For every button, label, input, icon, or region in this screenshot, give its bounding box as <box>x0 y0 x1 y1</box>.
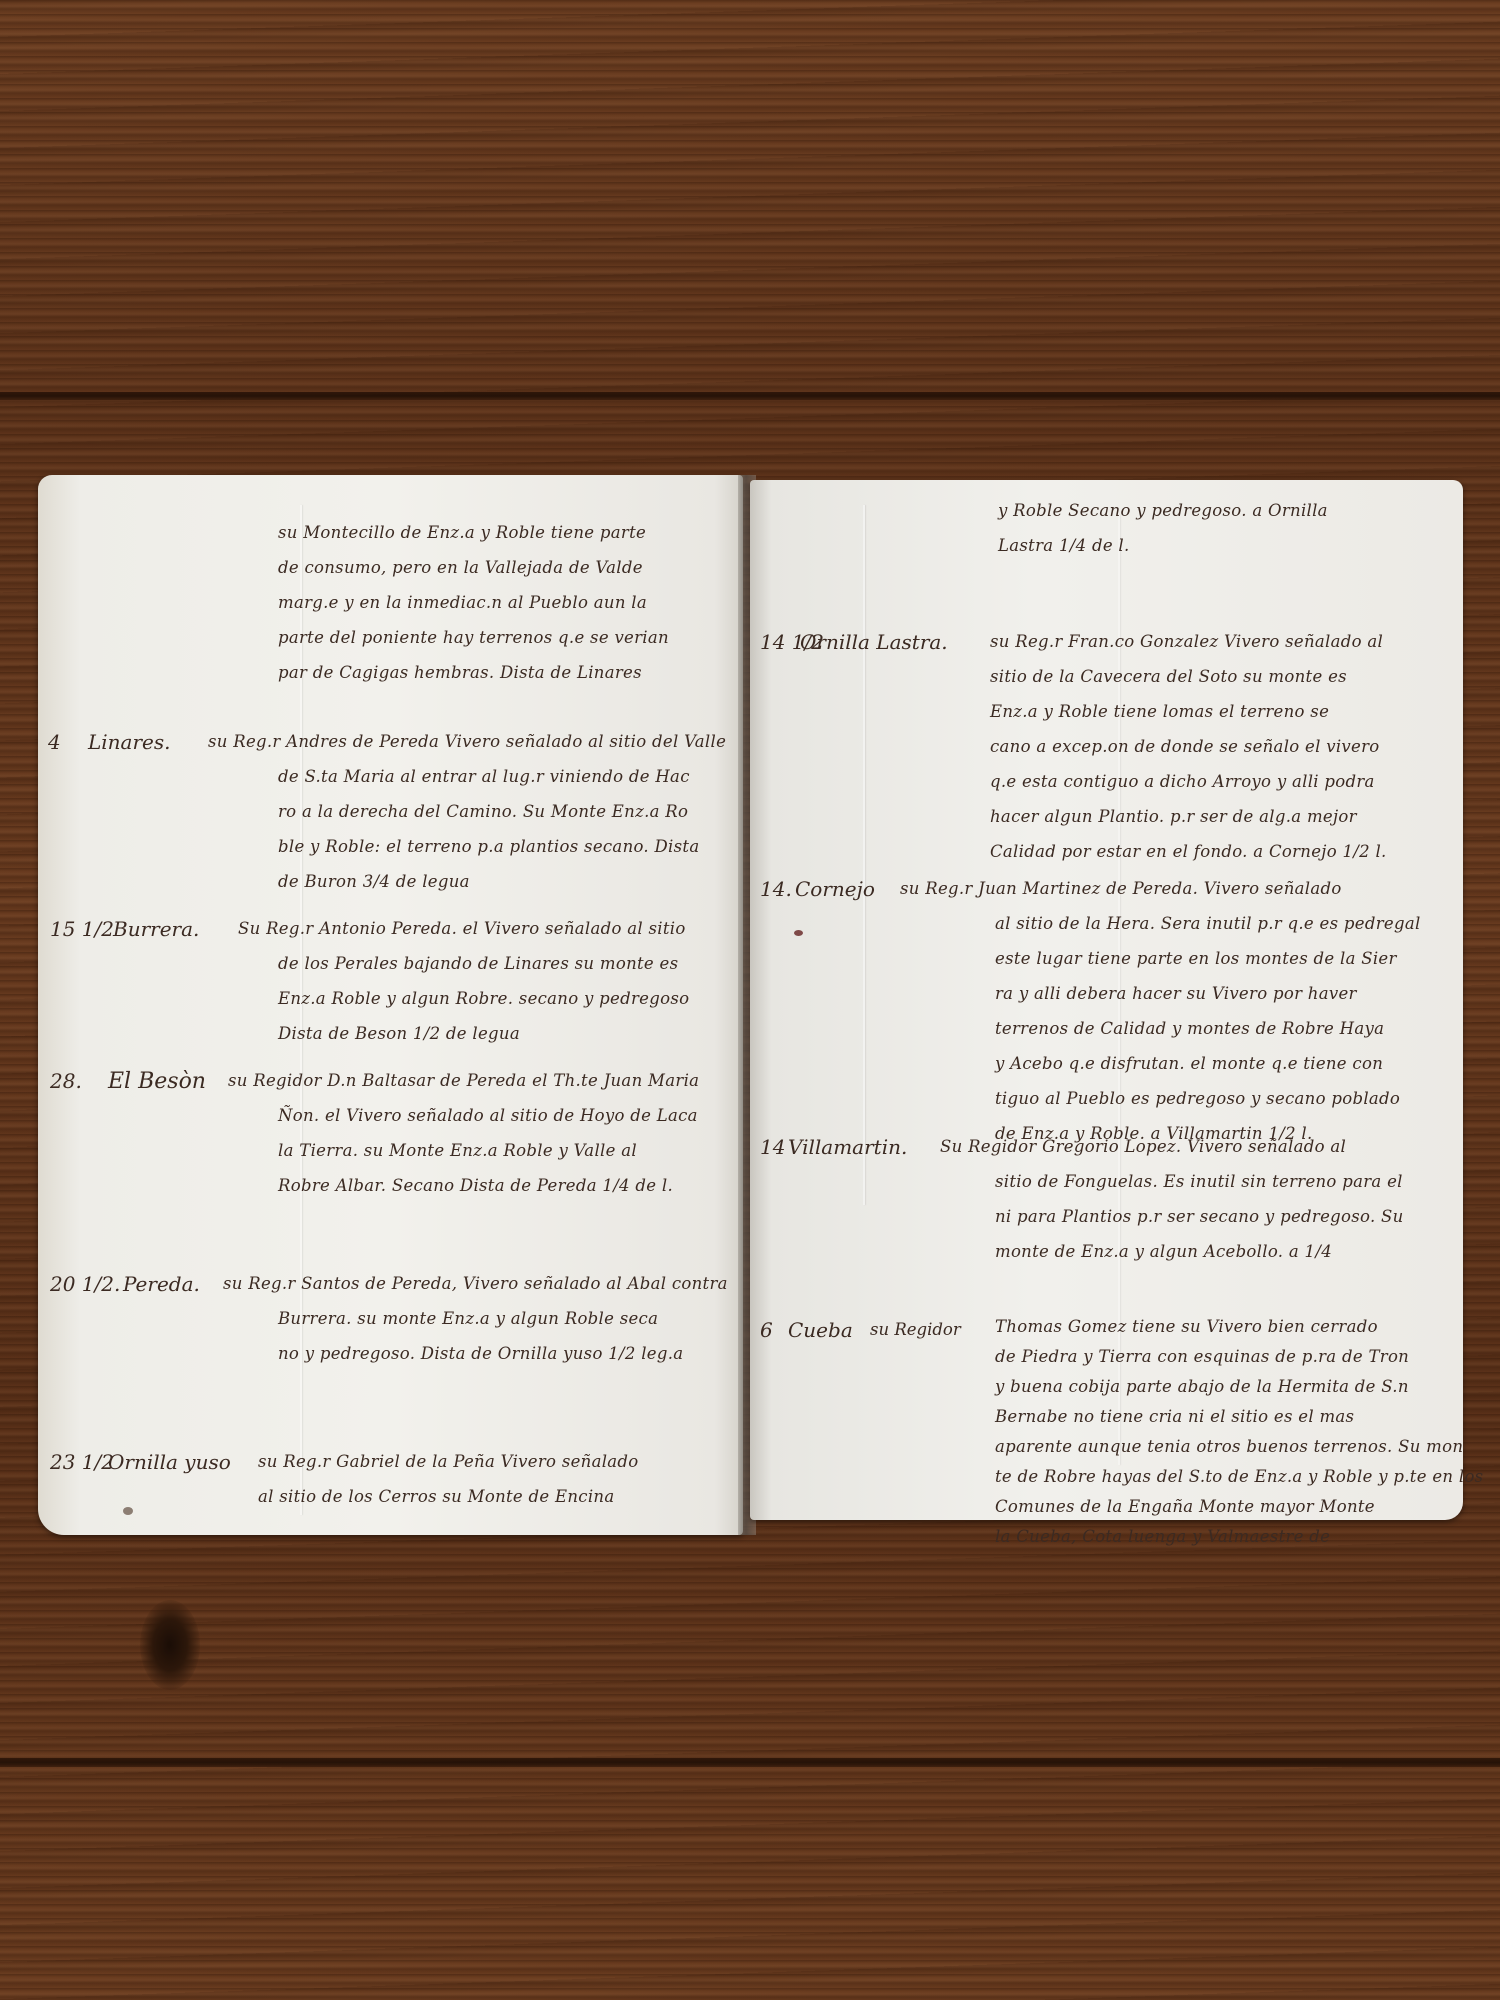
entry-place: Linares. <box>88 730 171 754</box>
entry-place: Burrera. <box>113 917 199 941</box>
paper-crease <box>863 505 865 1205</box>
entry-text: Thomas Gomez tiene su Vivero bien cerrad… <box>995 1312 1483 1552</box>
entry-text: su Reg.r Santos de Pereda, Vivero señala… <box>223 1266 728 1371</box>
entry-text: su Regidor D.n Baltasar de Pereda el Th.… <box>228 1063 699 1203</box>
entry-place: Ornilla Lastra. <box>800 630 948 654</box>
entry-text: Su Regidor Gregorio Lopez. Vivero señala… <box>940 1129 1404 1269</box>
entry-number: 6 <box>760 1318 773 1342</box>
entry-place: El Besòn <box>108 1069 206 1094</box>
entry-text: su Reg.r Juan Martinez de Pereda. Vivero… <box>900 871 1421 1151</box>
entry-number: 15 1/2 <box>50 917 114 941</box>
entry-text: su Reg.r Andres de Pereda Vivero señalad… <box>208 724 726 899</box>
entry-number: 14. <box>760 877 792 901</box>
wood-knot <box>140 1600 200 1690</box>
ink-stain <box>123 1507 133 1515</box>
left-continuation-text: su Montecillo de Enz.a y Roble tiene par… <box>278 515 669 690</box>
entry-place: Ornilla yuso <box>108 1450 231 1474</box>
ink-stain <box>794 930 803 936</box>
entry-text: su Reg.r Gabriel de la Peña Vivero señal… <box>258 1444 639 1514</box>
entry-place: Cueba <box>788 1318 853 1342</box>
entry-text: su Reg.r Fran.co Gonzalez Vivero señalad… <box>990 624 1387 869</box>
entry-place: Pereda. <box>123 1272 200 1296</box>
wood-plank-seam <box>0 1758 1500 1767</box>
entry-place: Villamartin. <box>788 1135 907 1159</box>
entry-place: Cornejo <box>795 877 875 901</box>
wood-plank-seam <box>0 392 1500 400</box>
entry-prefix: su Regidor <box>870 1320 961 1339</box>
entry-number: 4 <box>48 730 61 754</box>
entry-number: 28. <box>50 1069 82 1093</box>
entry-number: 23 1/2 <box>50 1450 114 1474</box>
entry-number: 14 <box>760 1135 785 1159</box>
entry-text: Su Reg.r Antonio Pereda. el Vivero señal… <box>238 911 689 1051</box>
entry-number: 20 1/2. <box>50 1272 120 1296</box>
manuscript-spread: su Montecillo de Enz.a y Roble tiene par… <box>38 475 1463 1535</box>
right-continuation-text: y Roble Secano y pedregoso. a Ornilla La… <box>998 493 1328 563</box>
